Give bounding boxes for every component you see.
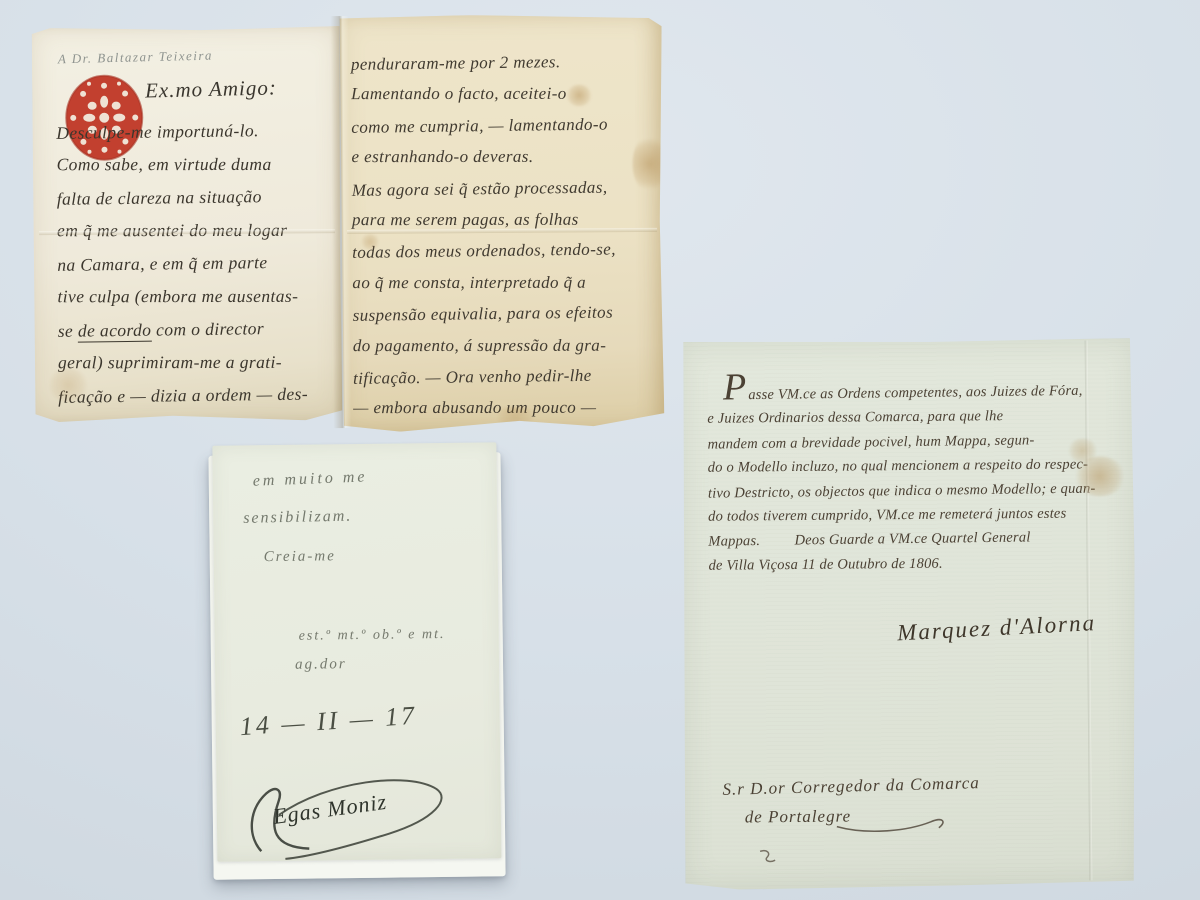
handwritten-line: mandem com a brevidade pocivel, hum Mapp… (707, 427, 1117, 457)
signature-egas-moniz: Egas Moniz (238, 761, 469, 864)
handwritten-line: sensibilizam. (243, 508, 352, 528)
handwritten-line: tificação. — Ora venho pedir-lhe (353, 359, 658, 394)
handwritten-line: geral) suprimiram-me a grati- (58, 346, 336, 379)
handwritten-line: — embora abusando um pouco — (353, 392, 658, 424)
handwritten-line: falta de clareza na situação (57, 179, 335, 216)
handwritten-line: Desculpe-me importuná-lo. (56, 113, 334, 150)
letter-right-page: penduraram-me por 2 mezes. Lamentando o … (340, 14, 665, 432)
handwritten-line: Passe VM.ce as Ordens competentes, aos J… (723, 377, 1117, 408)
handwritten-line: ficação e — dizia a ordem — des- (58, 377, 336, 414)
folded-letter-1917: A Dr. Baltazar Teixeira (32, 10, 665, 438)
handwritten-line: e estranhando-o deveras. (352, 141, 657, 173)
handwritten-line: est.º mt.º ob.º e mt. (299, 627, 446, 645)
note-paper: em muito me sensibilizam. Creia-me est.º… (212, 442, 501, 861)
underlined-phrase: de acordo (78, 320, 152, 343)
handwritten-line: Como sabe, em virtude duma (57, 148, 335, 181)
signed-note-1917: em muito me sensibilizam. Creia-me est.º… (211, 442, 506, 882)
handwritten-line: como me cumpria, — lamentando-o (351, 108, 656, 143)
handwritten-line: na Camara, e em q̃ em parte (57, 245, 335, 282)
order-paper: Passe VM.ce as Ordens competentes, aos J… (681, 338, 1138, 890)
handwritten-line: todas dos meus ordenados, tendo-se, (352, 233, 657, 268)
handwritten-line-underlined: se de acordo com o director (58, 311, 336, 348)
date-handwritten: 14 — II — 17 (239, 701, 418, 742)
letter-right-text-block: penduraram-me por 2 mezes. Lamentando o … (351, 46, 659, 425)
handwritten-line: tive culpa (embora me ausentas- (57, 280, 335, 313)
handwritten-line: em muito me (252, 468, 367, 490)
photo-backdrop: A Dr. Baltazar Teixeira (0, 0, 1200, 900)
letter-left-text-block: Desculpe-me importuná-lo. Como sabe, em … (56, 114, 336, 413)
line-segment: se (58, 321, 78, 341)
handwritten-line: Lamentando o facto, aceitei-o (351, 78, 656, 110)
handwritten-line: do pagamento, á supressão da gra- (353, 329, 658, 361)
handwritten-line: para me serem pagas, as folhas (352, 204, 657, 236)
handwritten-line: Mas agora sei q̃ estão processadas, (352, 171, 657, 206)
handwritten-line: de Villa Viçosa 11 de Outubro de 1806. (708, 550, 1118, 578)
letter-salutation: Ex.mo Amigo: (145, 75, 277, 103)
handwritten-line: suspensão equivalia, para os efeitos (352, 296, 657, 331)
order-text-block: Passe VM.ce as Ordens competentes, aos J… (707, 378, 1119, 578)
pencil-annotation: A Dr. Baltazar Teixeira (58, 48, 213, 68)
small-ink-mark-icon (757, 847, 779, 865)
letter-left-page: A Dr. Baltazar Teixeira (32, 26, 343, 422)
handwritten-line: ao q̃ me consta, interpretado q̃ a (352, 266, 657, 298)
handwritten-line: penduraram-me por 2 mezes. (351, 45, 656, 80)
order-1806: Passe VM.ce as Ordens competentes, aos J… (681, 338, 1138, 890)
handwritten-line: ag.dor (295, 656, 347, 674)
handwritten-line: em q̃ me ausentei do meu logar (57, 214, 335, 247)
address-line: S.r D.or Corregedor da Comarca (722, 773, 980, 800)
signature-marquez-alorna: Marquez d'Alorna (897, 610, 1097, 646)
address-flourish-icon (835, 808, 955, 839)
handwritten-line: Creia-me (264, 548, 336, 566)
handwritten-line: tivo Destricto, os objectos que indica o… (708, 476, 1118, 506)
line-segment: com o director (151, 318, 264, 339)
